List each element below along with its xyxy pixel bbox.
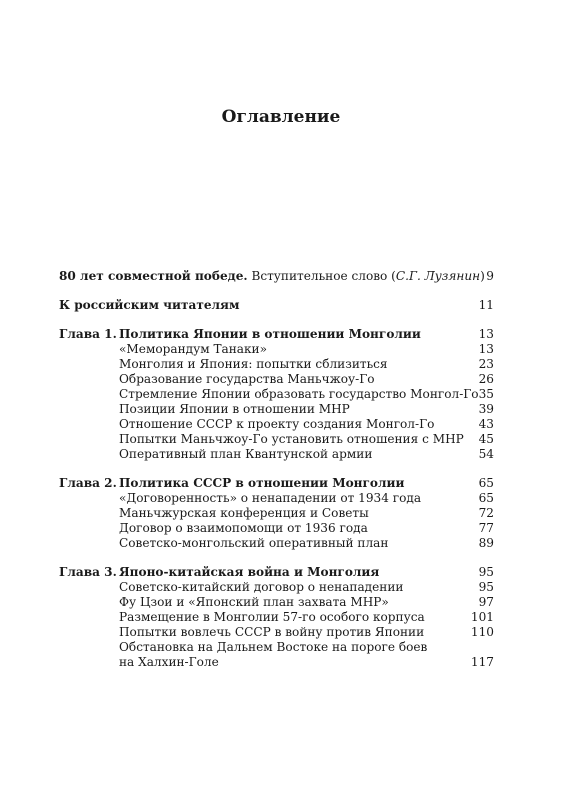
section-title: Отношение СССР к проекту создания Монгол… [119, 417, 494, 432]
section-title: Договор о взаимопомощи от 1936 года [119, 521, 494, 536]
spacer [59, 284, 494, 298]
toc-page-number: 65 [479, 476, 494, 491]
toc-page-number: 26 [479, 372, 494, 387]
toc-page-number: 72 [479, 506, 494, 521]
toc-page-number: 101 [471, 610, 494, 625]
toc-section[interactable]: Советско-монгольский оперативный план89 [59, 536, 494, 551]
table-of-contents: 80 лет совместной победе. Вступительное … [59, 269, 494, 670]
toc-section[interactable]: Фу Цзои и «Японский план захвата МНР»97 [59, 595, 494, 610]
toc-page-number: 45 [479, 432, 494, 447]
section-title: Оперативный план Квантунской армии [119, 447, 494, 462]
section-title: «Договоренность» о ненападении от 1934 г… [119, 491, 494, 506]
toc-section-continued[interactable]: на Халхин-Голе117 [59, 655, 494, 670]
section-title: Советско-монгольский оперативный план [119, 536, 494, 551]
toc-page-number: 35 [479, 387, 494, 402]
toc-section[interactable]: Договор о взаимопомощи от 1936 года77 [59, 521, 494, 536]
toc-section[interactable]: Монголия и Япония: попытки сблизиться23 [59, 357, 494, 372]
toc-section[interactable]: Позиции Японии в отношении МНР39 [59, 402, 494, 417]
toc-page-number: 89 [479, 536, 494, 551]
foreword-title-bold: 80 лет совместной победе. [59, 269, 248, 283]
toc-section[interactable]: Советско-китайский договор о ненападении… [59, 580, 494, 595]
toc-page-number: 54 [479, 447, 494, 462]
foreword-title-rest: Вступительное слово ( [248, 269, 396, 283]
toc-entry-title: 80 лет совместной победе. Вступительное … [59, 269, 494, 284]
toc-section[interactable]: Стремление Японии образовать государство… [59, 387, 494, 402]
section-title: Стремление Японии образовать государство… [119, 387, 494, 402]
page-title: Оглавление [0, 107, 562, 127]
toc-section[interactable]: Размещение в Монголии 57-го особого корп… [59, 610, 494, 625]
toc-section[interactable]: Попытки Маньчжоу-Го установить отношения… [59, 432, 494, 447]
toc-entry-foreword[interactable]: 80 лет совместной победе. Вступительное … [59, 269, 494, 284]
toc-chapter-3[interactable]: Глава 3. Японо-китайская война и Монголи… [59, 565, 494, 580]
toc-page-number: 95 [479, 580, 494, 595]
toc-page-number: 110 [471, 625, 494, 640]
toc-section[interactable]: Отношение СССР к проекту создания Монгол… [59, 417, 494, 432]
toc-section[interactable]: Обстановка на Дальнем Востоке на пороге … [59, 640, 494, 655]
toc-page-number: 39 [479, 402, 494, 417]
toc-entry-preface[interactable]: К российским читателям 11 [59, 298, 494, 313]
chapter-title: Политика СССР в отношении Монголии [119, 476, 494, 491]
foreword-author: С.Г. Лузянин [396, 269, 480, 283]
toc-page-number: 13 [479, 327, 494, 342]
spacer [59, 551, 494, 565]
section-title: Размещение в Монголии 57-го особого корп… [119, 610, 494, 625]
toc-chapter-1[interactable]: Глава 1. Политика Японии в отношении Мон… [59, 327, 494, 342]
section-title: Советско-китайский договор о ненападении [119, 580, 494, 595]
section-title: «Меморандум Танаки» [119, 342, 494, 357]
toc-entry-title: К российским читателям [59, 298, 494, 313]
toc-page-number: 117 [471, 655, 494, 670]
toc-section[interactable]: Образование государства Маньчжоу-Го26 [59, 372, 494, 387]
chapter-label: Глава 1. [59, 327, 119, 342]
section-title: Маньчжурская конференция и Советы [119, 506, 494, 521]
toc-page-number: 11 [479, 298, 494, 313]
toc-page-number: 23 [479, 357, 494, 372]
toc-page-number: 77 [479, 521, 494, 536]
toc-section[interactable]: Маньчжурская конференция и Советы72 [59, 506, 494, 521]
section-title: Попытки вовлечь СССР в войну против Япон… [119, 625, 494, 640]
section-title: Монголия и Япония: попытки сблизиться [119, 357, 494, 372]
section-title: Обстановка на Дальнем Востоке на пороге … [119, 640, 494, 655]
toc-section[interactable]: «Договоренность» о ненападении от 1934 г… [59, 491, 494, 506]
section-title: Попытки Маньчжоу-Го установить отношения… [119, 432, 494, 447]
chapter-title: Японо-китайская война и Монголия [119, 565, 494, 580]
section-title: Позиции Японии в отношении МНР [119, 402, 494, 417]
toc-chapter-2[interactable]: Глава 2. Политика СССР в отношении Монго… [59, 476, 494, 491]
toc-page-number: 13 [479, 342, 494, 357]
toc-section[interactable]: Оперативный план Квантунской армии54 [59, 447, 494, 462]
toc-page-number: 95 [479, 565, 494, 580]
foreword-title-end: ) [480, 269, 485, 283]
section-title-line2: на Халхин-Голе [119, 655, 494, 670]
section-title: Фу Цзои и «Японский план захвата МНР» [119, 595, 494, 610]
chapter-title: Политика Японии в отношении Монголии [119, 327, 494, 342]
spacer [59, 462, 494, 476]
section-title: Образование государства Маньчжоу-Го [119, 372, 494, 387]
toc-page-number: 65 [479, 491, 494, 506]
spacer [59, 313, 494, 327]
toc-section[interactable]: Попытки вовлечь СССР в войну против Япон… [59, 625, 494, 640]
toc-page-number: 97 [479, 595, 494, 610]
toc-page-number: 9 [486, 269, 494, 284]
toc-section[interactable]: «Меморандум Танаки»13 [59, 342, 494, 357]
chapter-label: Глава 3. [59, 565, 119, 580]
toc-page-number: 43 [479, 417, 494, 432]
chapter-label: Глава 2. [59, 476, 119, 491]
